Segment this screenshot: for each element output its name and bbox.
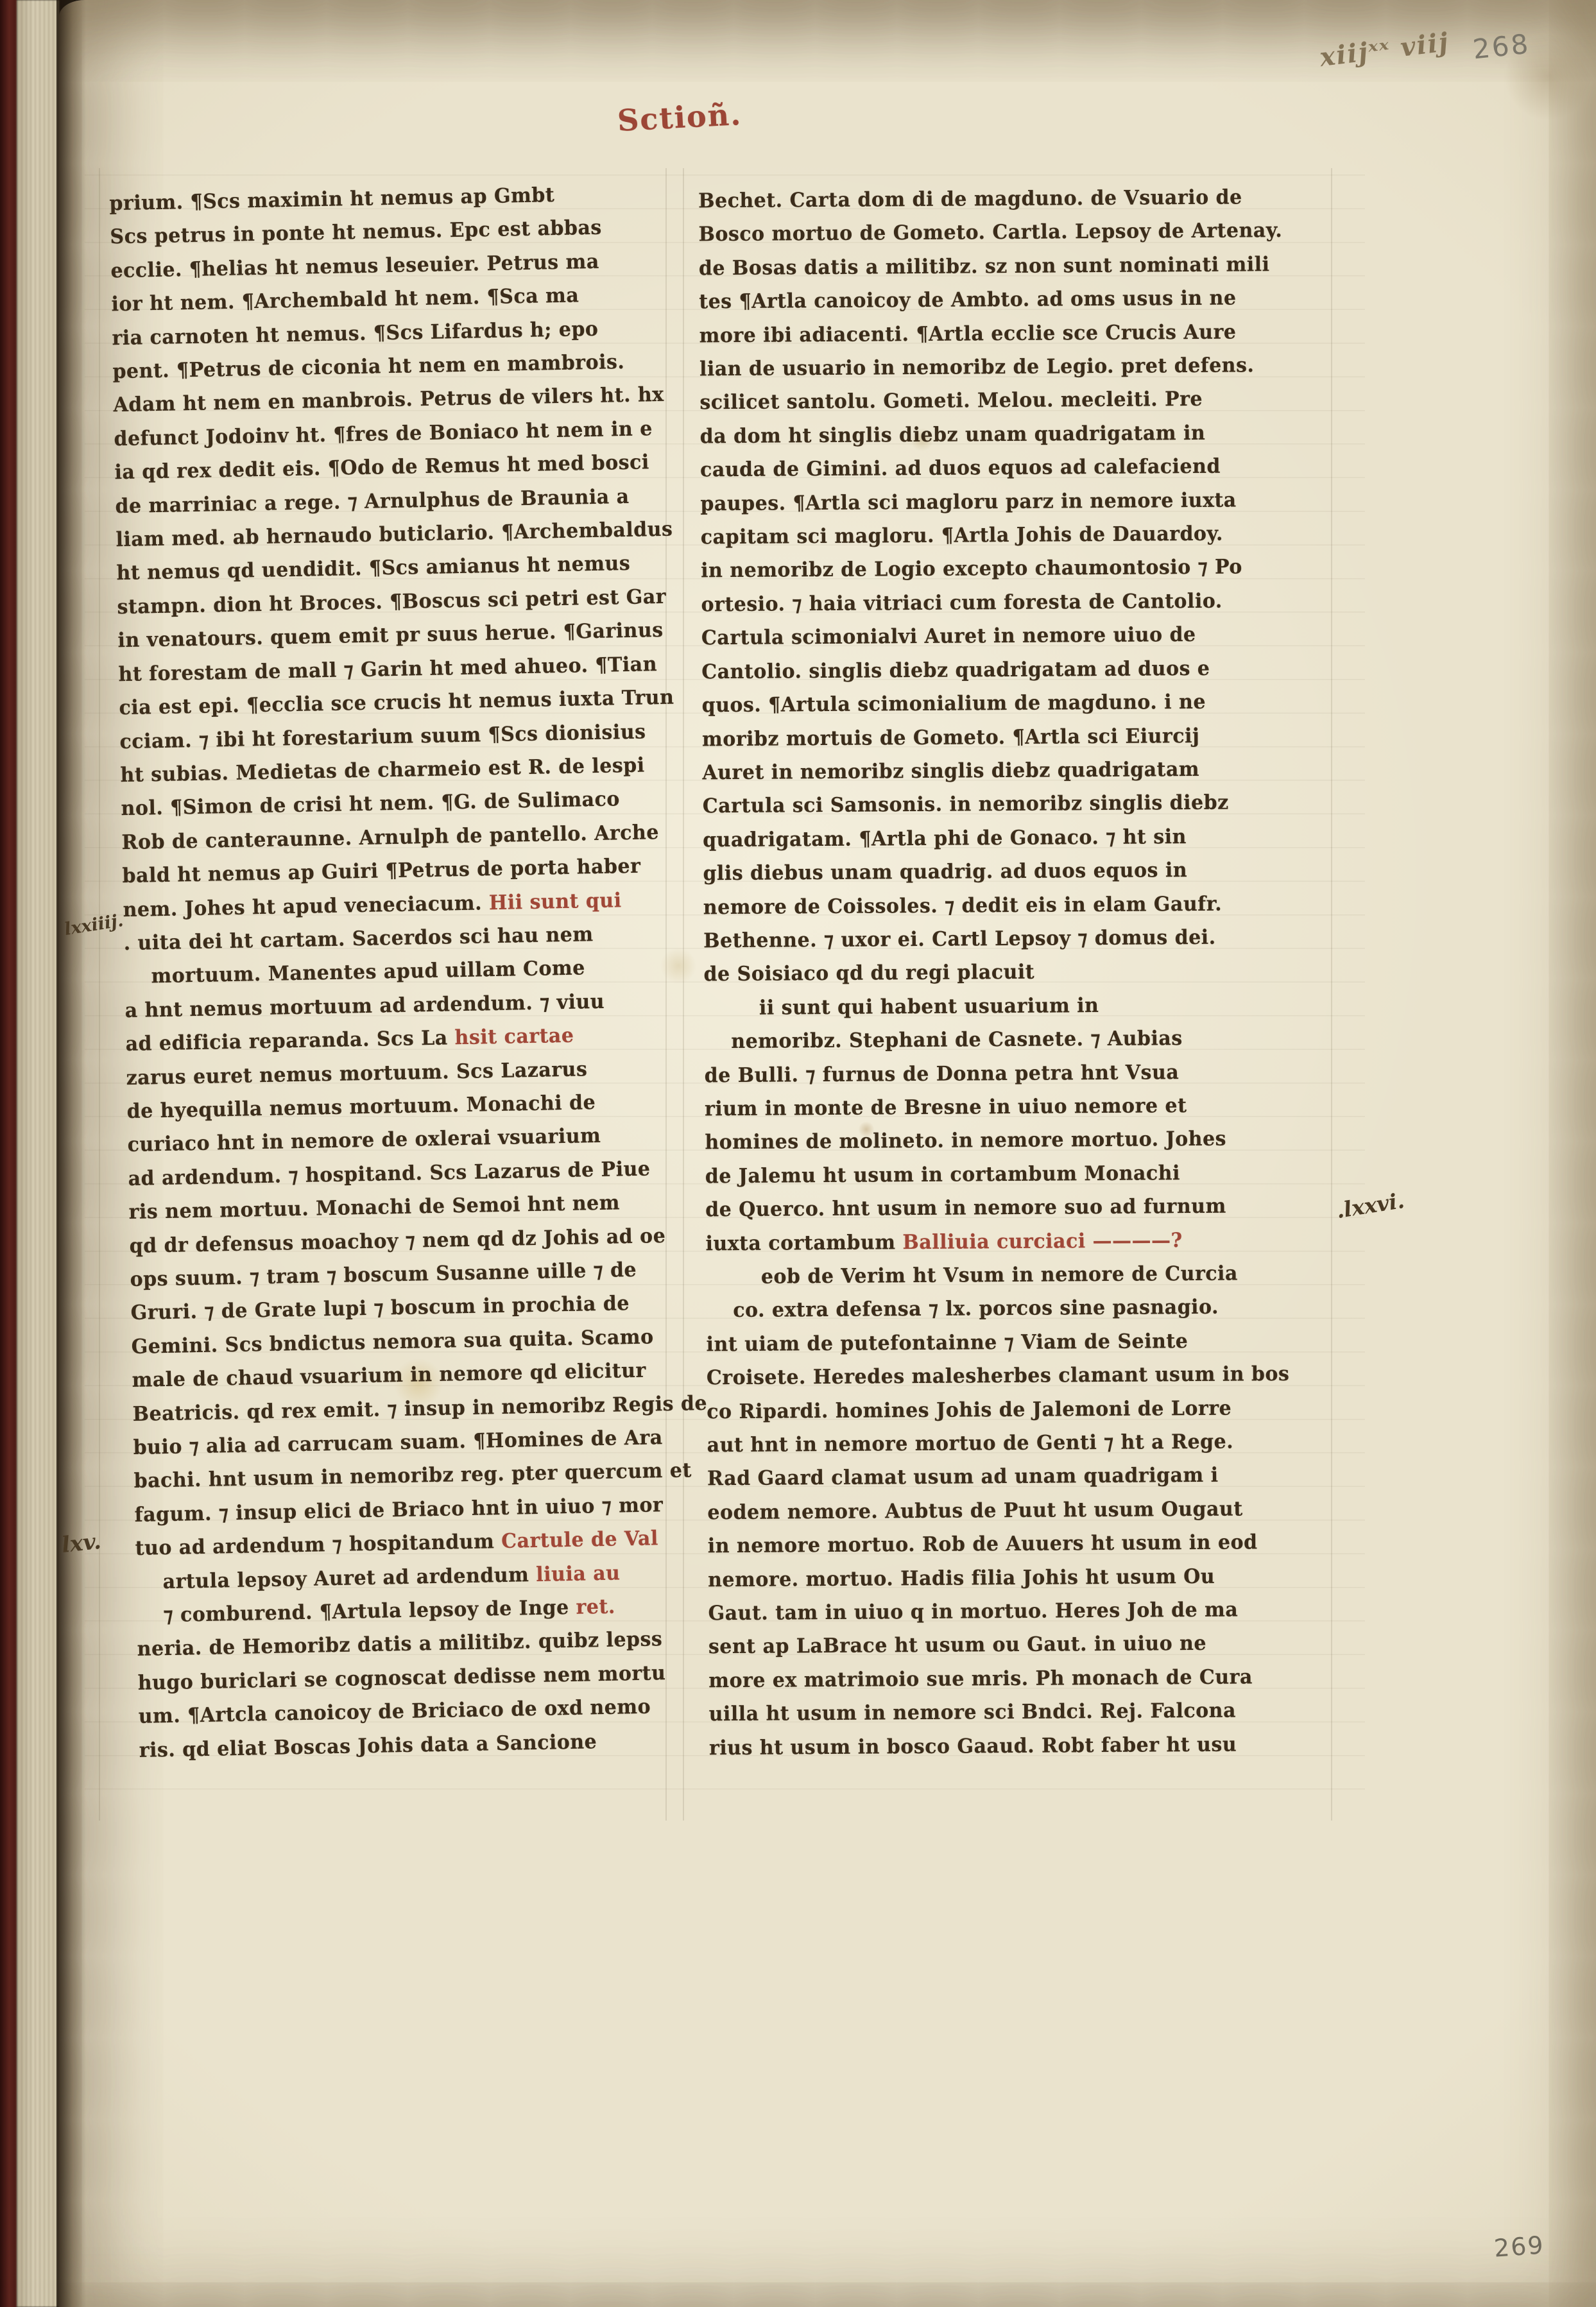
text-line: de Querco. hnt usum in nemore suo ad fur… bbox=[705, 1189, 1289, 1228]
text-line: more ex matrimoio sue mris. Ph monach de… bbox=[708, 1659, 1292, 1699]
text-line: scilicet santolu. Gometi. Melou. mecleit… bbox=[699, 382, 1283, 421]
text-line: int uiam de putefontainne ⁊ Viam de Sein… bbox=[706, 1323, 1290, 1362]
text-line: uilla ht usum in nemore sci Bndci. Rej. … bbox=[708, 1694, 1292, 1733]
line-text: pent. ¶Petrus de ciconia ht nem en mambr… bbox=[112, 350, 624, 384]
text-line: aut hnt in nemore mortuo de Genti ⁊ ht a… bbox=[707, 1425, 1291, 1464]
line-text: bachi. hnt usum in nemoribz reg. pter qu… bbox=[133, 1459, 692, 1493]
line-text: Gruri. ⁊ de Grate lupi ⁊ boscum in proch… bbox=[130, 1292, 630, 1325]
line-text: Gemini. Scs bndictus nemora sua quita. S… bbox=[131, 1325, 654, 1359]
text-line: ii sunt qui habent usuarium in bbox=[704, 987, 1288, 1026]
line-text: ht nemus qd uendidit. ¶Scs amianus ht ne… bbox=[116, 552, 630, 585]
line-text: Cartula sci Samsonis. in nemoribz singli… bbox=[703, 791, 1229, 818]
text-line: more ibi adiacenti. ¶Artla ecclie sce Cr… bbox=[699, 314, 1283, 354]
line-text: cciam. ⁊ ibi ht forestarium suum ¶Scs di… bbox=[119, 720, 646, 753]
line-text: rium in monte de Bresne in uiuo nemore e… bbox=[705, 1094, 1187, 1121]
text-line: iuxta cortambum Balliuia curciaci ————? bbox=[705, 1222, 1289, 1262]
text-line: ortesio. ⁊ haia vitriaci cum foresta de … bbox=[701, 583, 1285, 622]
text-line: eodem nemore. Aubtus de Puut ht usum Oug… bbox=[707, 1491, 1291, 1531]
line-text: sent ap LaBrace ht usum ou Gaut. in uiuo… bbox=[708, 1632, 1206, 1659]
line-text: de marriniac a rege. ⁊ Arnulphus de Brau… bbox=[115, 485, 630, 518]
manuscript-photo: Sctioñ. xiijˣˣ viij 268 lxxiiij. lxv. .l… bbox=[0, 0, 1596, 2307]
line-text: bald ht nemus ap Guiri ¶Petrus de porta … bbox=[122, 855, 640, 888]
line-text: qd dr defensus moachoy ⁊ nem qd dz Johis… bbox=[129, 1224, 665, 1258]
rubric-text: hsit cartae bbox=[454, 1024, 574, 1050]
text-line: Cartula scimonialvi Auret in nemore uiuo… bbox=[701, 617, 1285, 656]
line-text: a hnt nemus mortuum ad ardendum. ⁊ viuu bbox=[124, 990, 605, 1022]
line-text: tuo ad ardendum ⁊ hospitandum bbox=[135, 1530, 501, 1560]
line-text: Beatricis. qd rex emit. ⁊ insup in nemor… bbox=[132, 1391, 707, 1426]
line-text: de Bosas datis a militibz. sz non sunt n… bbox=[699, 253, 1270, 280]
line-text: int uiam de putefontainne ⁊ Viam de Sein… bbox=[706, 1330, 1188, 1357]
line-text: curiaco hnt in nemore de oxlerai vsuariu… bbox=[127, 1124, 601, 1157]
line-text: ht subias. Medietas de charmeio est R. d… bbox=[120, 753, 645, 787]
line-text: quadrigatam. ¶Artla phi de Gonaco. ⁊ ht … bbox=[703, 825, 1187, 852]
line-text: prium. ¶Scs maximin ht nemus ap Gmbt bbox=[109, 184, 554, 216]
line-text: co Ripardi. homines Johis de Jalemoni de… bbox=[707, 1396, 1231, 1423]
text-line: quadrigatam. ¶Artla phi de Gonaco. ⁊ ht … bbox=[703, 819, 1287, 858]
line-text: ops suum. ⁊ tram ⁊ boscum Susanne uille … bbox=[130, 1258, 637, 1292]
text-line: sent ap LaBrace ht usum ou Gaut. in uiuo… bbox=[708, 1626, 1292, 1665]
line-text: in nemore mortuo. Rob de Auuers ht usum … bbox=[708, 1531, 1258, 1557]
line-text: defunct Jodoinv ht. ¶fres de Boniaco ht … bbox=[114, 417, 653, 451]
line-text: hugo buriclari se cognoscat dedisse nem … bbox=[137, 1661, 665, 1695]
margin-note-left-lower: lxv. bbox=[60, 1531, 102, 1556]
line-text: artula lepsoy Auret ad ardendum bbox=[162, 1563, 536, 1594]
line-text: Bethenne. ⁊ uxor ei. Cartl Lepsoy ⁊ domu… bbox=[703, 926, 1216, 953]
gutter-shadow bbox=[56, 0, 86, 2307]
line-text: capitam sci magloru. ¶Artla Johis de Dau… bbox=[701, 522, 1223, 549]
line-text: quos. ¶Artula scimonialium de magduno. i… bbox=[702, 690, 1206, 717]
text-line: co Ripardi. homines Johis de Jalemoni de… bbox=[707, 1391, 1291, 1430]
line-text: iuxta cortambum bbox=[705, 1231, 902, 1256]
line-text: lian de usuario in nemoribz de Legio. pr… bbox=[699, 354, 1255, 381]
rubric-text: Balliuia curciaci ————? bbox=[902, 1229, 1182, 1254]
line-text: tes ¶Artla canoicoy de Ambto. ad oms usu… bbox=[699, 287, 1236, 314]
text-line: Bechet. Carta dom di de magduno. de Vsua… bbox=[698, 180, 1282, 219]
text-line: lian de usuario in nemoribz de Legio. pr… bbox=[699, 348, 1283, 388]
line-text: in venatours. quem emit pr suus herue. ¶… bbox=[117, 619, 664, 653]
text-line: moribz mortuis de Gometo. ¶Artla sci Eiu… bbox=[702, 718, 1286, 757]
line-text: ia qd rex dedit eis. ¶Odo de Remus ht me… bbox=[114, 450, 649, 484]
line-text: rius ht usum in bosco Gaaud. Robt faber … bbox=[709, 1733, 1237, 1760]
text-line: da dom ht singlis diebz unam quadrigatam… bbox=[700, 415, 1284, 454]
line-text: de Jalemu ht usum in cortambum Monachi bbox=[705, 1162, 1180, 1188]
line-text: ior ht nem. ¶Archembald ht nem. ¶Sca ma bbox=[111, 284, 579, 316]
text-line: de Bosas datis a militibz. sz non sunt n… bbox=[699, 247, 1283, 286]
text-line: eob de Verim ht Vsum in nemore de Curcia bbox=[706, 1256, 1290, 1296]
text-line: homines de molineto. in nemore mortuo. J… bbox=[705, 1122, 1289, 1161]
folio-number-pencil: 268 bbox=[1472, 30, 1531, 63]
ruling-vertical-line bbox=[1331, 168, 1332, 1821]
column-left: prium. ¶Scs maximin ht nemus ap GmbtScs … bbox=[109, 176, 714, 1768]
line-text: ortesio. ⁊ haia vitriaci cum foresta de … bbox=[701, 589, 1222, 616]
rubric-text: Cartule de Val bbox=[501, 1527, 658, 1553]
line-text: Croisete. Heredes malesherbes clamant us… bbox=[707, 1362, 1290, 1390]
line-text: cia est epi. ¶ecclia sce crucis ht nemus… bbox=[119, 686, 674, 720]
line-text: ria carnoten ht nemus. ¶Scs Lifardus h; … bbox=[112, 317, 599, 350]
text-line: de Soisiaco qd du regi placuit bbox=[703, 954, 1287, 993]
line-text: . uita dei ht cartam. Sacerdos sci hau n… bbox=[123, 923, 594, 955]
line-text: ecclie. ¶helias ht nemus leseuier. Petru… bbox=[110, 250, 599, 282]
line-text: Adam ht nem en manbrois. Petrus de viler… bbox=[113, 383, 664, 417]
line-text: aut hnt in nemore mortuo de Genti ⁊ ht a… bbox=[707, 1430, 1234, 1457]
line-text: nem. Johes ht apud veneciacum. bbox=[123, 891, 489, 922]
text-line: Cartula sci Samsonis. in nemoribz singli… bbox=[703, 785, 1287, 825]
line-text: eodem nemore. Aubtus de Puut ht usum Oug… bbox=[707, 1497, 1242, 1524]
line-text: Rad Gaard clamat usum ad unam quadrigam … bbox=[707, 1464, 1219, 1491]
text-line: co. extra defensa ⁊ lx. porcos sine pasn… bbox=[706, 1290, 1290, 1329]
line-text: ad ardendum. ⁊ hospitand. Scs Lazarus de… bbox=[128, 1157, 650, 1190]
line-text: Bechet. Carta dom di de magduno. de Vsua… bbox=[698, 185, 1242, 212]
text-line: Croisete. Heredes malesherbes clamant us… bbox=[707, 1357, 1291, 1396]
line-text: co. extra defensa ⁊ lx. porcos sine pasn… bbox=[733, 1296, 1219, 1323]
text-line: nemore. mortuo. Hadis filia Johis ht usu… bbox=[708, 1559, 1292, 1598]
line-text: nemoribz. Stephani de Casnete. ⁊ Aubias bbox=[731, 1027, 1183, 1053]
line-text: Rob de canteraunne. Arnulph de pantello.… bbox=[121, 821, 659, 854]
page-number-bottom: 269 bbox=[1493, 2233, 1545, 2260]
line-text: de Bulli. ⁊ furnus de Donna petra hnt Vs… bbox=[705, 1061, 1180, 1088]
text-line: glis diebus unam quadrig. ad duos equos … bbox=[703, 853, 1287, 892]
text-line: rius ht usum in bosco Gaaud. Robt faber … bbox=[709, 1727, 1293, 1766]
line-text: ad edificia reparanda. Scs La bbox=[125, 1026, 455, 1056]
line-text: da dom ht singlis diebz unam quadrigatam… bbox=[700, 422, 1206, 449]
line-text: eob de Verim ht Vsum in nemore de Curcia bbox=[761, 1262, 1238, 1289]
text-line: Bosco mortuo de Gometo. Cartla. Lepsoy d… bbox=[698, 214, 1282, 253]
line-text: neria. de Hemoribz datis a militibz. qui… bbox=[137, 1628, 662, 1661]
line-text: cauda de Gimini. ad duos equos ad calefa… bbox=[700, 455, 1221, 482]
line-text: ii sunt qui habent usuarium in bbox=[759, 994, 1099, 1020]
line-text: Cartula scimonialvi Auret in nemore uiuo… bbox=[701, 623, 1196, 650]
text-line: Auret in nemoribz singlis diebz quadriga… bbox=[702, 751, 1286, 791]
rubric-text: Hii sunt qui bbox=[489, 889, 622, 914]
ruling-vertical-line bbox=[99, 168, 100, 1821]
line-text: nol. ¶Simon de crisi ht nem. ¶G. de Suli… bbox=[121, 787, 620, 820]
text-line: nemoribz. Stephani de Casnete. ⁊ Aubias bbox=[704, 1021, 1288, 1060]
rubric-text: ret. bbox=[576, 1595, 615, 1620]
line-text: mortuum. Manentes apud uillam Come bbox=[151, 957, 585, 988]
line-text: de Querco. hnt usum in nemore suo ad fur… bbox=[705, 1195, 1226, 1222]
text-line: capitam sci magloru. ¶Artla Johis de Dau… bbox=[701, 517, 1285, 556]
line-text: scilicet santolu. Gometi. Melou. mecleit… bbox=[699, 388, 1203, 415]
facing-page-fore-edge bbox=[17, 0, 59, 2307]
line-text: ris. qd eliat Boscas Johis data a Sancio… bbox=[139, 1730, 597, 1762]
text-line: quos. ¶Artula scimonialium de magduno. i… bbox=[701, 685, 1285, 724]
line-text: uilla ht usum in nemore sci Bndci. Rej. … bbox=[709, 1699, 1237, 1726]
text-line: rium in monte de Bresne in uiuo nemore e… bbox=[705, 1088, 1289, 1128]
text-line: in nemore mortuo. Rob de Auuers ht usum … bbox=[708, 1525, 1292, 1565]
line-text: more ex matrimoio sue mris. Ph monach de… bbox=[708, 1665, 1253, 1692]
line-text: nemore. mortuo. Hadis filia Johis ht usu… bbox=[708, 1565, 1215, 1591]
page-title: Sctioñ. bbox=[617, 99, 742, 135]
line-text: um. ¶Artcla canoicoy de Briciaco de oxd … bbox=[138, 1695, 651, 1729]
line-text: Cantolio. singlis diebz quadrigatam ad d… bbox=[701, 656, 1210, 683]
line-text: zarus euret nemus mortuum. Scs Lazarus bbox=[126, 1058, 587, 1090]
line-text: moribz mortuis de Gometo. ¶Artla sci Eiu… bbox=[702, 724, 1200, 751]
text-line: nemore de Coissoles. ⁊ dedit eis in elam… bbox=[703, 886, 1287, 925]
line-text: ⁊ comburend. ¶Artula lepsoy de Inge bbox=[163, 1596, 576, 1627]
line-text: stampn. dion ht Broces. ¶Boscus sci petr… bbox=[117, 585, 666, 619]
text-line: Rad Gaard clamat usum ad unam quadrigam … bbox=[707, 1458, 1291, 1497]
line-text: liam med. ab hernaudo buticlario. ¶Arche… bbox=[116, 518, 673, 552]
line-text: Scs petrus in ponte ht nemus. Epc est ab… bbox=[110, 216, 602, 249]
line-text: ris nem mortuu. Monachi de Semoi hnt nem bbox=[128, 1191, 620, 1224]
column-right: Bechet. Carta dom di de magduno. de Vsua… bbox=[698, 181, 1293, 1765]
line-text: homines de molineto. in nemore mortuo. J… bbox=[705, 1128, 1226, 1154]
rubric-text: liuia au bbox=[536, 1561, 621, 1586]
text-line: Bethenne. ⁊ uxor ei. Cartl Lepsoy ⁊ domu… bbox=[703, 920, 1287, 959]
text-line: de Jalemu ht usum in cortambum Monachi bbox=[705, 1155, 1289, 1194]
line-text: de Soisiaco qd du regi placuit bbox=[703, 961, 1034, 986]
line-text: in nemoribz de Logio excepto chaumontosi… bbox=[701, 556, 1242, 583]
line-text: buio ⁊ alia ad carrucam suam. ¶Homines d… bbox=[133, 1426, 663, 1459]
line-text: de hyequilla nemus mortuum. Monachi de bbox=[126, 1091, 596, 1123]
text-line: tes ¶Artla canoicoy de Ambto. ad oms usu… bbox=[699, 281, 1283, 320]
line-text: Auret in nemoribz singlis diebz quadriga… bbox=[702, 758, 1199, 785]
text-line: in nemoribz de Logio excepto chaumontosi… bbox=[701, 550, 1285, 589]
line-text: male de chaud vsuarium in nemore qd elic… bbox=[132, 1359, 646, 1393]
book-binding-edge bbox=[0, 0, 17, 2307]
text-line: paupes. ¶Artla sci magloru parz in nemor… bbox=[700, 483, 1284, 522]
text-line: Cantolio. singlis diebz quadrigatam ad d… bbox=[701, 651, 1285, 690]
line-text: glis diebus unam quadrig. ad duos equos … bbox=[703, 859, 1187, 886]
line-text: ht forestam de mall ⁊ Garin ht med ahueo… bbox=[118, 653, 657, 687]
line-text: Gaut. tam in uiuo q in mortuo. Heres Joh… bbox=[708, 1599, 1238, 1625]
line-text: Bosco mortuo de Gometo. Cartla. Lepsoy d… bbox=[698, 219, 1282, 246]
text-line: Gaut. tam in uiuo q in mortuo. Heres Joh… bbox=[708, 1593, 1292, 1632]
text-line: cauda de Gimini. ad duos equos ad calefa… bbox=[700, 449, 1284, 488]
line-text: paupes. ¶Artla sci magloru parz in nemor… bbox=[700, 488, 1236, 515]
line-text: more ibi adiacenti. ¶Artla ecclie sce Cr… bbox=[699, 320, 1237, 347]
line-text: nemore de Coissoles. ⁊ dedit eis in elam… bbox=[703, 892, 1223, 919]
line-text: fagum. ⁊ insup elici de Briaco hnt in ui… bbox=[134, 1493, 663, 1527]
text-line: de Bulli. ⁊ furnus de Donna petra hnt Vs… bbox=[705, 1054, 1289, 1093]
